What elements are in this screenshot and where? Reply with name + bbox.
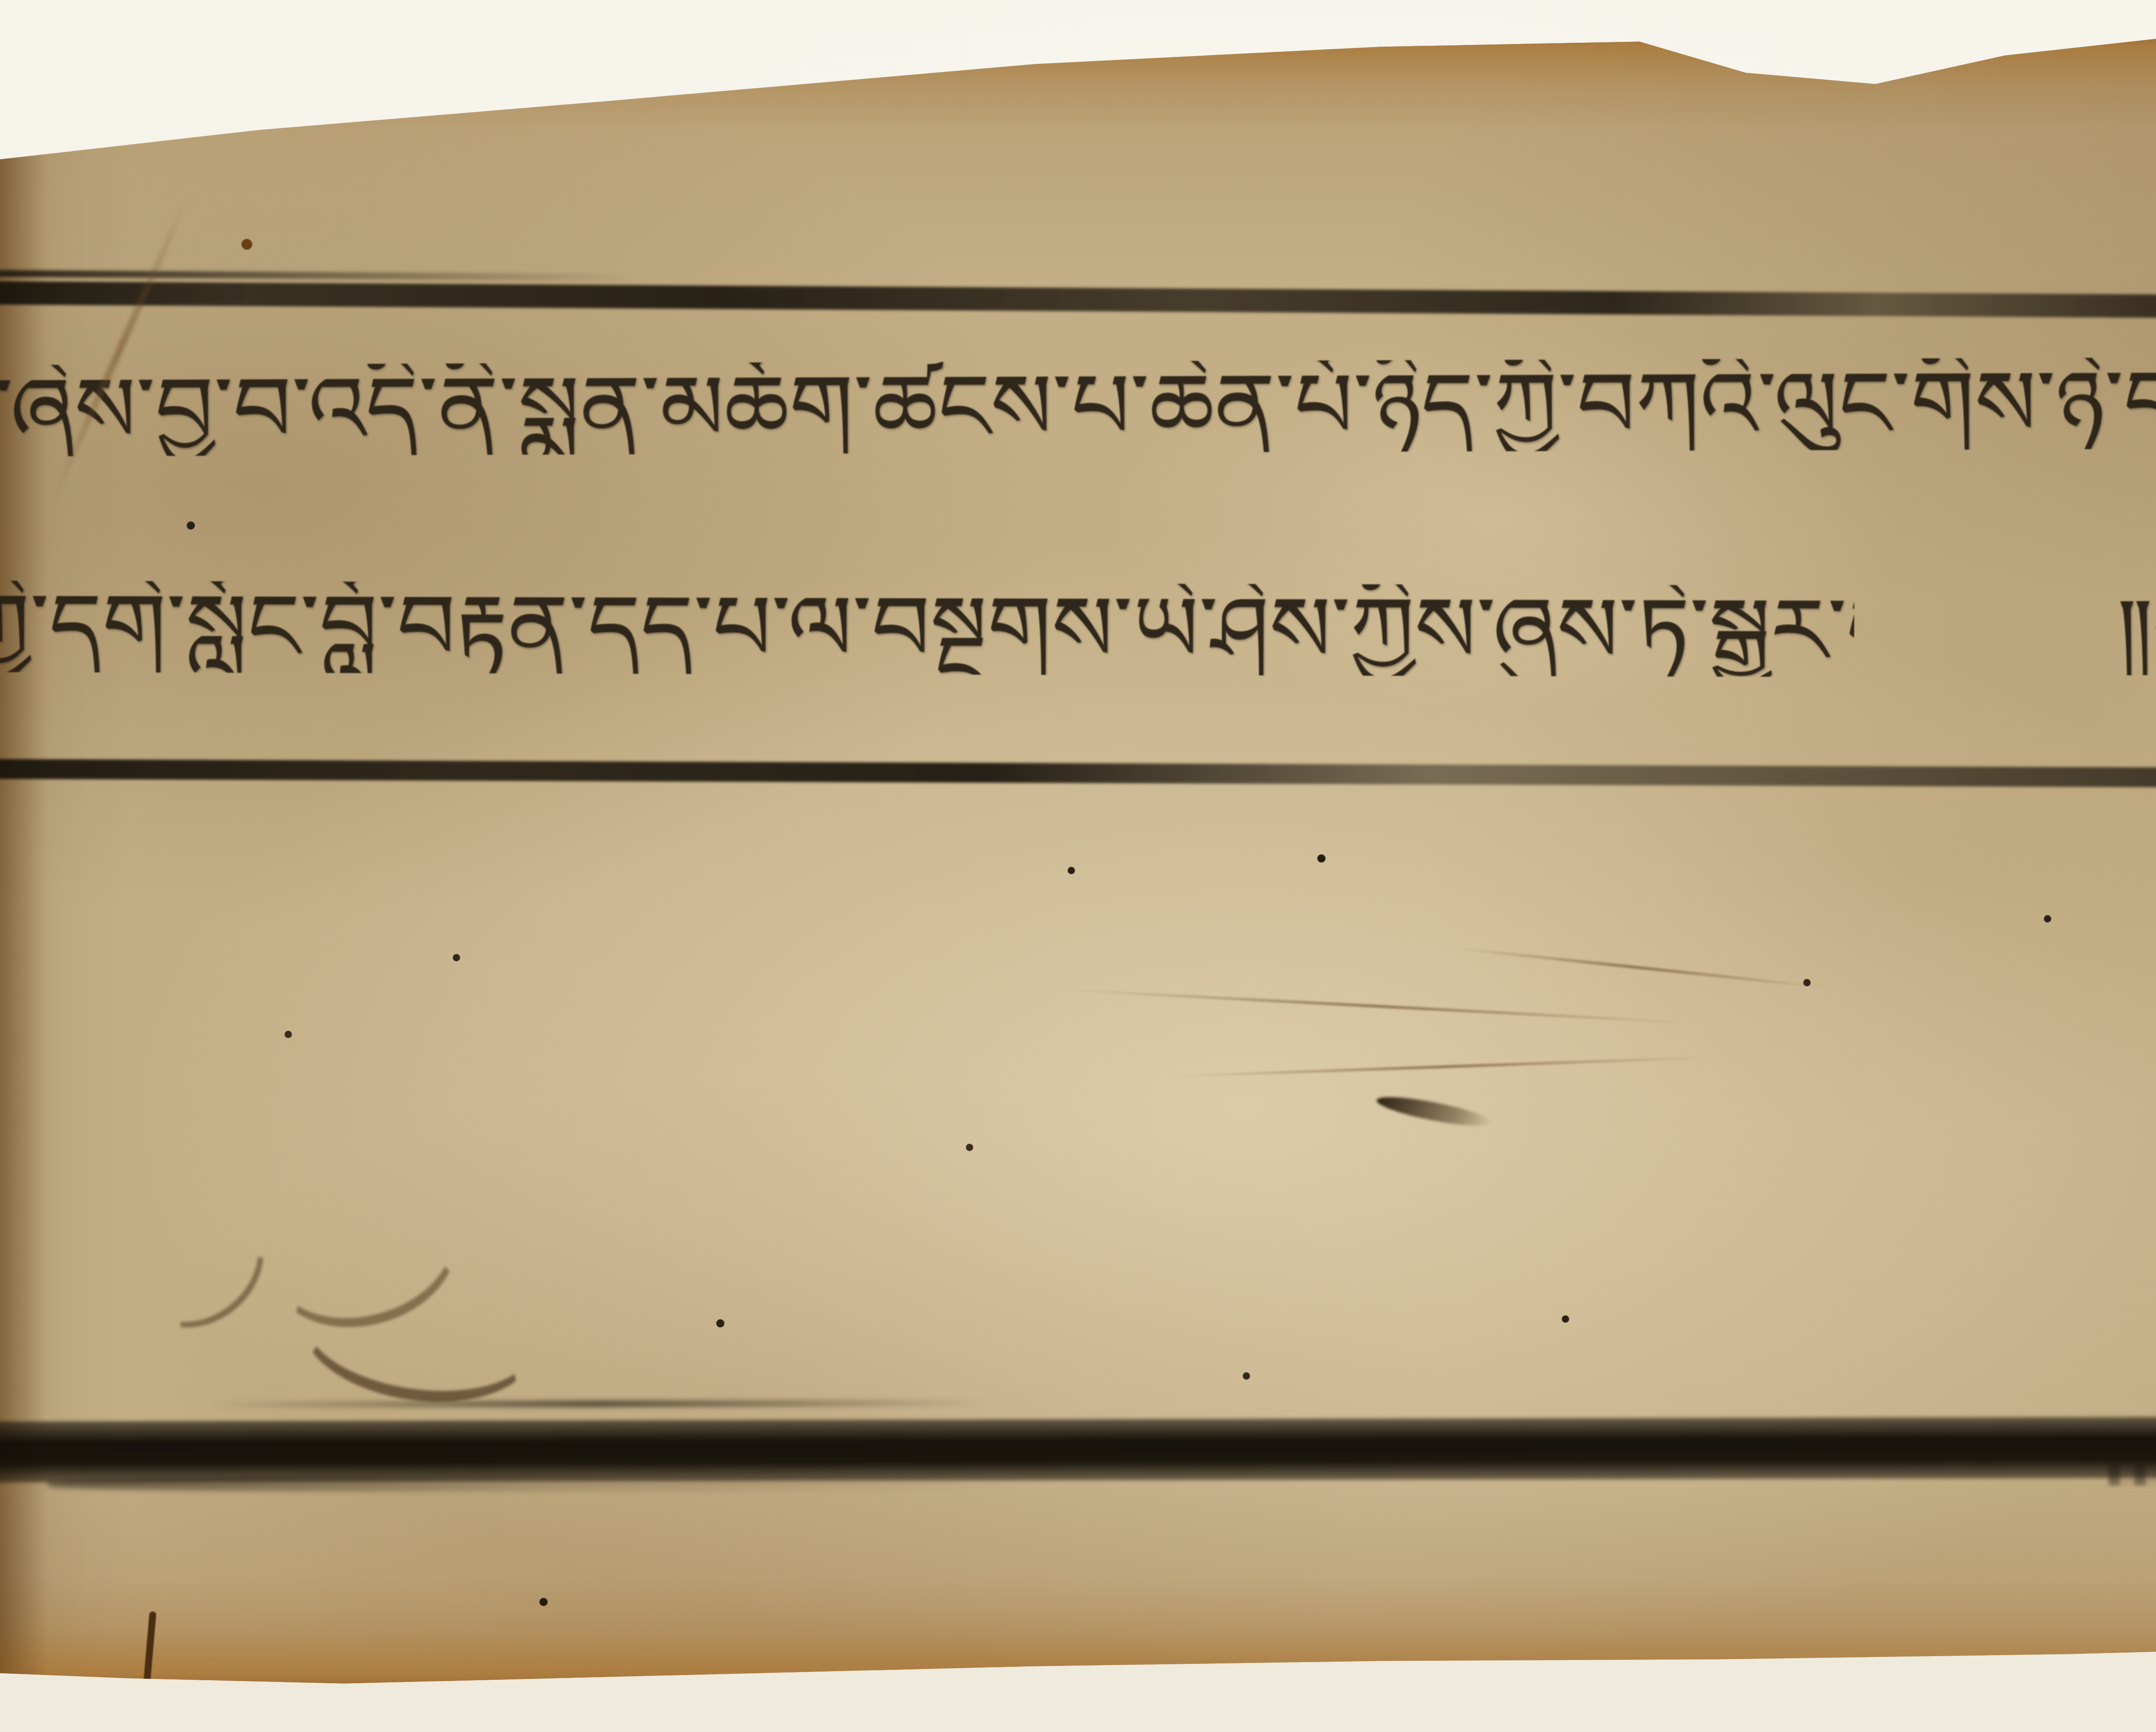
bottom-ruling-line [0,1416,2156,1483]
smudged-marks [2109,1463,2156,1485]
text-line-1: བ་ཞེས་བྱ་བ་འདི་ནི་སྨན་མཆོག་ཚངས་པ་ཆེན་པོ་… [0,356,2156,457]
manuscript-leaf: བ་ཞེས་བྱ་བ་འདི་ནི་སྨན་མཆོག་ཚངས་པ་ཆེན་པོ་… [0,0,2156,1732]
text-line-2-right-fragment: ༎ས་ཏ་མཛད [2117,583,2156,675]
ink-specks [0,0,6,6]
photo-backdrop: བ་ཞེས་བྱ་བ་འདི་ནི་སྨན་མཆོག་ཚངས་པ་ཆེན་པོ་… [0,0,2156,1732]
text-line-2: ཀྱི་དགེ་སློང་བློ་བརྟན་དད་པ་ལ་བསྔགས་ཡེ་ཤེ… [0,580,1854,677]
